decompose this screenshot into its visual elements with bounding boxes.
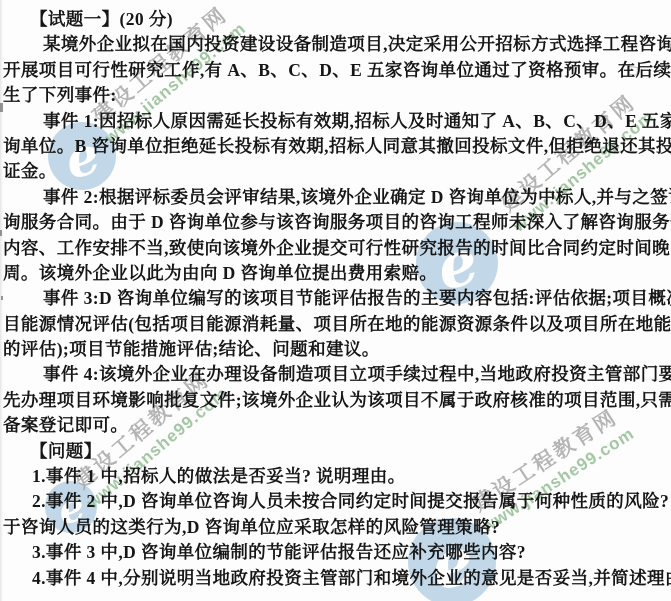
event-4-line: 事件 4:该境外企业在办理设备制造项目立项手续过程中,当地政府投资主管部门要求其 — [0, 362, 671, 387]
question-2-line: 2.事件 2 中,D 咨询单位咨询人员未按合同约定时间提交报告属于何种性质的风险… — [0, 489, 671, 514]
problems-heading: 【问题】 — [0, 439, 671, 464]
event-3-line: 事件 3:D 咨询单位编写的该项目节能评估报告的主要内容包括:评估依据;项目概况… — [0, 286, 671, 311]
event-2-line: 事件 2:根据评标委员会评审结果,该境外企业确定 D 咨询单位为中标人,并与之签… — [0, 185, 671, 210]
body-line: 询服务合同。由于 D 咨询单位参与该咨询服务项目的咨询工程师未深入了解咨询服务合… — [0, 210, 671, 235]
scan-edge-shadow — [0, 0, 3, 601]
question-4-line: 4.事件 4 中,分别说明当地政府投资主管部门和境外企业的意见是否妥当,并简述理… — [0, 566, 671, 591]
body-line: 开展项目可行性研究工作,有 A、B、C、D、E 五家咨询单位通过了资格预审。在后… — [0, 58, 671, 83]
body-line: 先办理项目环境影响批复文件;该境外企业认为该项目不属于政府核准的项目范围,只需办… — [0, 388, 671, 413]
exam-document: 【试题一】(20 分) 某境外企业拟在国内投资建设设备制造项目,决定采用公开招标… — [0, 0, 671, 601]
body-line: 的评估);项目节能措施评估;结论、问题和建议。 — [0, 337, 671, 362]
body-line: 某境外企业拟在国内投资建设设备制造项目,决定采用公开招标方式选择工程咨询单位 — [0, 32, 671, 57]
exam-title: 【试题一】(20 分) — [0, 7, 671, 32]
body-line: 询单位。B 咨询单位拒绝延长投标有效期,招标人同意其撤回投标文件,但拒绝退还其投… — [0, 134, 671, 159]
body-line: 目能源情况评估(包括项目能源消耗量、项目所在地的能源资源条件以及项目所在地能源影… — [0, 312, 671, 337]
event-1-line: 事件 1:因招标人原因需延长投标有效期,招标人及时通知了 A、B、C、D、E 五… — [0, 109, 671, 134]
body-line: 备案登记即可。 — [0, 413, 671, 438]
body-line: 周。该境外企业以此为由向 D 咨询单位提出费用索赔。 — [0, 261, 671, 286]
scan-speck — [0, 230, 2, 236]
question-1-line: 1.事件 1 中,招标人的做法是否妥当? 说明理由。 — [0, 464, 671, 489]
scan-speck — [0, 103, 3, 112]
question-3-line: 3.事件 3 中,D 咨询单位编制的节能评估报告还应补充哪些内容? — [0, 540, 671, 565]
body-line: 于咨询人员的这类行为,D 咨询单位应采取怎样的风险管理策略? — [0, 515, 671, 540]
scan-speck — [1, 296, 3, 300]
scanned-exam-page: { "doc": { "lines": [ "【试题一】(20 分)", "某境… — [0, 0, 671, 601]
body-line: 证金。 — [0, 159, 671, 184]
body-line: 生了下列事件: — [0, 83, 671, 108]
body-line: 内容、工作安排不当,致使向该境外企业提交可行性研究报告的时间比合同约定时间晚了一 — [0, 236, 671, 261]
